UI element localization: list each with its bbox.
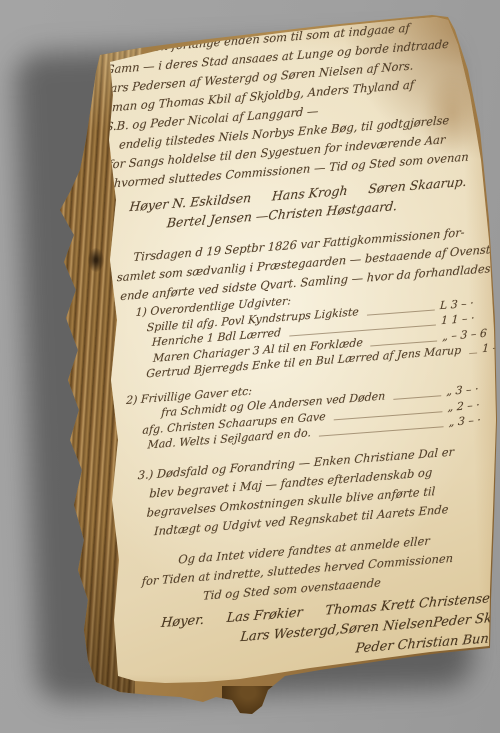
manuscript-photo: misernen forlange enden som til som at i… [0,0,500,733]
torn-paper-fragment [222,686,274,716]
signature: Høyer. [160,610,205,633]
spine-ink-stain [88,248,104,272]
opening-paragraph: misernen forlange enden som til som at i… [98,0,492,194]
handwritten-text: misernen forlange enden som til som at i… [98,0,500,675]
leader-line [469,352,477,354]
leader-line [393,395,441,400]
leader-line [319,426,444,436]
deaths-paragraph: 3.) Dødsfald og Forandring — Enken Chris… [131,438,500,542]
